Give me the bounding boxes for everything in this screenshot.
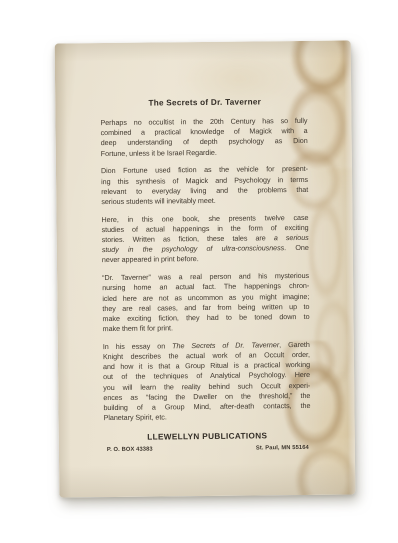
text-run: Here, in this one book, she presents twe… xyxy=(101,213,308,224)
body-paragraph: “Dr. Taverner” was a real person and his… xyxy=(102,271,310,334)
body-paragraph: Dion Fortune used fiction as the vehicle… xyxy=(101,164,308,207)
text-run: “Dr. Taverner” was a real person and his… xyxy=(102,271,309,282)
text-run: ences as “facing the Dweller on the thre… xyxy=(103,391,310,402)
book-title: The Secrets of Dr. Taverner xyxy=(102,97,307,108)
text-run: stories. Written as fiction, these tales… xyxy=(102,233,274,244)
photo-background: The Secrets of Dr. Taverner Perhaps no o… xyxy=(0,0,398,543)
text-run: In his essay on xyxy=(103,341,172,351)
text-run: you will learn the reality behind such O… xyxy=(103,381,310,392)
publisher-name: LLEWELLYN PUBLICATIONS xyxy=(104,431,311,442)
text-run: out of the techniques of Analytical Psyc… xyxy=(103,370,310,381)
text-run: make them fit for print. xyxy=(103,323,173,333)
text-line: Fortune, unless it be Israel Regardie. xyxy=(101,147,308,159)
italic-text-run: a serious xyxy=(274,233,309,242)
italic-text-run: The Secrets of Dr. Taverner xyxy=(172,340,279,350)
city-state-zip-text: St. Paul, MN 55164 xyxy=(256,445,309,452)
cover-content: The Secrets of Dr. Taverner Perhaps no o… xyxy=(100,97,311,454)
body-paragraph: In his essay on The Secrets of Dr. Taver… xyxy=(103,340,311,424)
text-line: Planetary Spirit, etc. xyxy=(104,411,311,423)
po-box-text: P. O. BOX 43383 xyxy=(107,447,153,453)
text-run: ing this synthesis of Magick and Psychol… xyxy=(101,174,308,185)
text-run: Planetary Spirit, etc. xyxy=(104,413,167,423)
body-paragraph: Perhaps no occultist in the 20th Century… xyxy=(100,116,307,159)
text-run: building of a Group Mind, after-death co… xyxy=(103,401,310,412)
text-run: . One xyxy=(284,243,309,252)
book-back-cover: The Secrets of Dr. Taverner Perhaps no o… xyxy=(55,40,356,497)
body-text: Perhaps no occultist in the 20th Century… xyxy=(100,116,310,424)
text-run: icled here are not as uncommon as you mi… xyxy=(102,291,309,302)
text-run: Knight describes the actual work of an O… xyxy=(103,350,310,361)
text-run: Perhaps no occultist in the 20th Century… xyxy=(100,116,307,127)
text-line: serious students will inevitably meet. xyxy=(101,195,308,207)
italic-text-run: study in the psychology of ultra-conscio… xyxy=(102,243,284,254)
text-run: relevant to everyday living and the prob… xyxy=(101,185,308,196)
text-line: never appeared in print before. xyxy=(102,253,309,265)
text-run: , Gareth xyxy=(279,340,310,349)
text-run: studies of actual happenings in the form… xyxy=(102,223,309,234)
text-run: serious students will inevitably meet. xyxy=(101,196,215,206)
text-run: make exciting fiction, they had to be to… xyxy=(102,312,309,323)
text-run: nursing home an actual fact. The happeni… xyxy=(102,281,309,292)
text-run: deep understanding of depth psychology a… xyxy=(101,136,308,147)
text-run: combined a practical knowledge of Magick… xyxy=(101,126,308,137)
text-run: and how it is that a Group Ritual is a p… xyxy=(103,360,310,371)
text-run: never appeared in print before. xyxy=(102,255,199,265)
body-paragraph: Here, in this one book, she presents twe… xyxy=(101,213,309,266)
text-run: they are real cases, and far from being … xyxy=(102,302,309,313)
text-run: Fortune, unless it be Israel Regardie. xyxy=(101,147,217,157)
text-line: make them fit for print. xyxy=(103,322,310,334)
text-run: Dion Fortune used fiction as the vehicle… xyxy=(101,164,308,175)
